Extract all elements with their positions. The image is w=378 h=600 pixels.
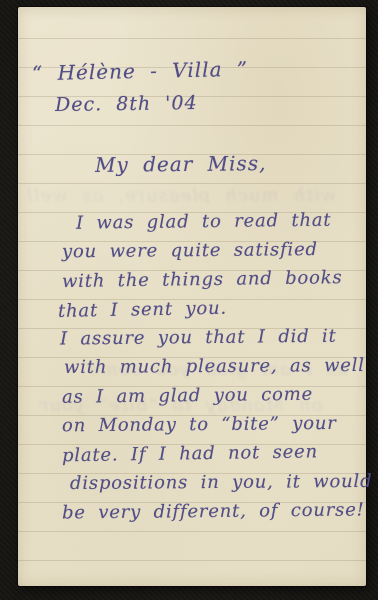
letter-address-line: “ Hélène - Villa ”: [32, 57, 249, 86]
letter-body-line: you were quite satisfied: [62, 235, 358, 267]
letter-body-line: as I am glad you come: [62, 379, 358, 412]
photo-backdrop: with much pleasure, as well as I am glad…: [0, 0, 378, 600]
letter-body-line: be very different, of course!: [62, 495, 358, 527]
letter-body-line: I assure you that I did it: [60, 321, 358, 353]
letter-body-line: plate. If I had not seen: [62, 437, 358, 471]
letter-salutation: My dear Miss,: [95, 151, 267, 177]
letter-page: with much pleasure, as well as I am glad…: [18, 7, 366, 586]
letter-body-line: with much pleasure, as well: [64, 351, 358, 382]
letter-body-line: on Monday to “bite” your: [62, 409, 358, 441]
letter-body-line: dispositions in you, it would: [70, 467, 358, 498]
letter-body-line: that I sent you.: [58, 291, 359, 326]
letter-body: I was glad to read that you were quite s…: [58, 207, 358, 526]
letter-body-line: I was glad to read that: [76, 205, 358, 237]
letter-date-line: Dec. 8th '04: [55, 92, 198, 116]
ink-bleedthrough: with much pleasure, as well: [26, 185, 336, 206]
